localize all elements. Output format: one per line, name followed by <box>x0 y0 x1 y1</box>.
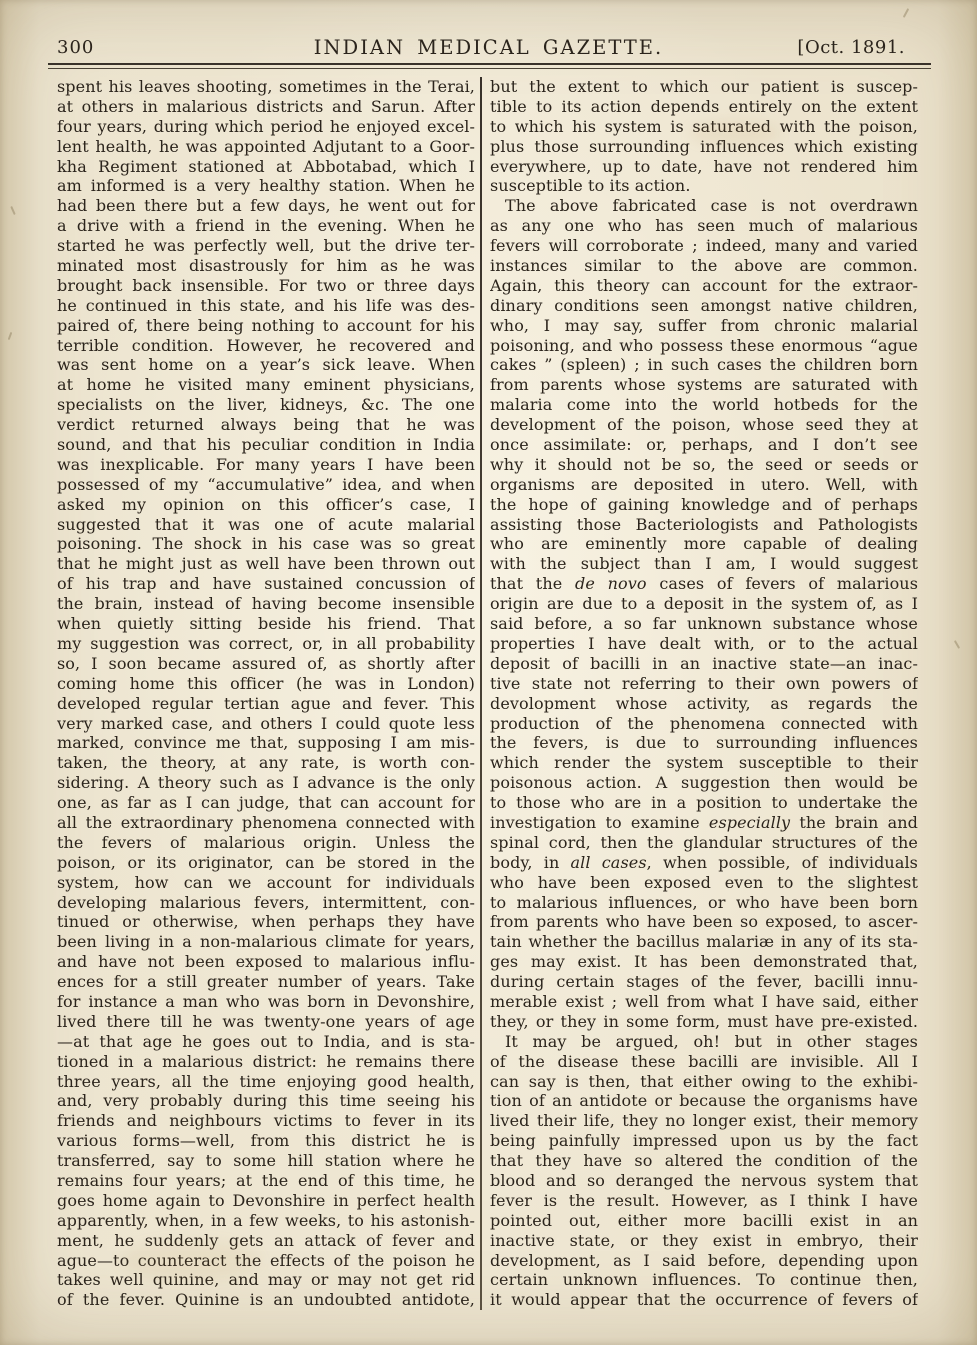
text-line: was sent home on a year’s sick leave. Wh… <box>57 355 475 375</box>
text-line: said before, a so far unknown substance … <box>490 614 918 634</box>
text-line: marked, convince me that, supposing I am… <box>57 733 475 753</box>
text-line: spinal cord, then the glandular structur… <box>490 833 918 853</box>
text-line: so, I soon became assured of, as shortly… <box>57 654 475 674</box>
left-text-column: spent his leaves shooting, sometimes in … <box>57 77 475 1310</box>
text-line: —at that age he goes out to India, and i… <box>57 1032 475 1052</box>
text-line: for instance a man who was born in Devon… <box>57 992 475 1012</box>
text-line: poison, or its originator, can be stored… <box>57 853 475 873</box>
text-line: three years, all the time enjoying good … <box>57 1072 475 1092</box>
text-line: lived their life, they no longer exist, … <box>490 1111 918 1131</box>
text-line: was inexplicable. For many years I have … <box>57 455 475 475</box>
text-line: properties I have dealt with, or to the … <box>490 634 918 654</box>
text-line: all the extraordinary phenomena connecte… <box>57 813 475 833</box>
text-line: of the fever. Quinine is an undoubted an… <box>57 1290 475 1310</box>
text-line: with the subject than I am, I would sugg… <box>490 554 918 574</box>
text-line: and, very probably during this time seei… <box>57 1091 475 1111</box>
text-line: the fevers of malarious origin. Unless t… <box>57 833 475 853</box>
text-line: system, how can we account for individua… <box>57 873 475 893</box>
text-line: origin are due to a deposit in the syste… <box>490 594 918 614</box>
text-line: various forms—well, from this district h… <box>57 1131 475 1151</box>
text-line: terrible condition. However, he recovere… <box>57 336 475 356</box>
text-line: of his trap and have sustained concussio… <box>57 574 475 594</box>
text-line: when quietly sitting beside his friend. … <box>57 614 475 634</box>
text-line: developed regular tertian ague and fever… <box>57 694 475 714</box>
text-line: investigation to examine especially the … <box>490 813 918 833</box>
text-line: who have been exposed even to the slight… <box>490 873 918 893</box>
text-line: cakes ” (spleen) ; in such cases the chi… <box>490 355 918 375</box>
text-line: ague—to counteract the effects of the po… <box>57 1251 475 1271</box>
text-line: verdict returned always being that he wa… <box>57 415 475 435</box>
text-line: the fevers, is due to surrounding influe… <box>490 733 918 753</box>
text-line: transferred, say to some hill station wh… <box>57 1151 475 1171</box>
text-line: he continued in this state, and his life… <box>57 296 475 316</box>
text-line: coming home this officer (he was in Lond… <box>57 674 475 694</box>
text-line: to those who are in a position to undert… <box>490 793 918 813</box>
text-line: production of the phenomena connected wi… <box>490 714 918 734</box>
text-line: tioned in a malarious district: he remai… <box>57 1052 475 1072</box>
text-line: the brain, instead of having become inse… <box>57 594 475 614</box>
text-line: suggested that it was one of acute malar… <box>57 515 475 535</box>
text-line: once assimilate: or, perhaps, and I don’… <box>490 435 918 455</box>
text-line: it would appear that the occurrence of f… <box>490 1290 918 1310</box>
text-line: poisoning, and who possess these enormou… <box>490 336 918 356</box>
text-line: from parents whose systems are saturated… <box>490 375 918 395</box>
text-line: minated most disastrously for him as he … <box>57 256 475 276</box>
text-line: plus those surrounding influences which … <box>490 137 918 157</box>
text-line: tain whether the bacillus malariæ in any… <box>490 932 918 952</box>
text-line: poisonous action. A suggestion then woul… <box>490 773 918 793</box>
text-line: organisms are deposited in utero. Well, … <box>490 475 918 495</box>
issue-date: [Oct. 1891. <box>797 37 905 58</box>
text-line: who are eminently more capable of dealin… <box>490 534 918 554</box>
text-line: they, or they in some form, must have pr… <box>490 1012 918 1032</box>
text-line: development of the poison, whose seed th… <box>490 415 918 435</box>
text-line: that they have so altered the condition … <box>490 1151 918 1171</box>
text-line: spent his leaves shooting, sometimes in … <box>57 77 475 97</box>
text-line: goes home again to Devonshire in perfect… <box>57 1191 475 1211</box>
text-line: had been there but a few days, he went o… <box>57 196 475 216</box>
text-line: friends and neighbours victims to fever … <box>57 1111 475 1131</box>
text-line: Again, this theory can account for the e… <box>490 276 918 296</box>
text-line: to which his system is saturated with th… <box>490 117 918 137</box>
text-line: sidering. A theory such as I advance is … <box>57 773 475 793</box>
text-line: blood and so deranged the nervous system… <box>490 1171 918 1191</box>
text-line: started he was perfectly well, but the d… <box>57 236 475 256</box>
text-line: ment, he suddenly gets an attack of feve… <box>57 1231 475 1251</box>
text-line: ges may exist. It has been demonstrated … <box>490 952 918 972</box>
text-line: assisting those Bacteriologists and Path… <box>490 515 918 535</box>
text-line: asked my opinion on this officer’s case,… <box>57 495 475 515</box>
text-line: the hope of gaining knowledge and of per… <box>490 495 918 515</box>
right-text-column: but the extent to which our patient is s… <box>490 77 918 1310</box>
text-line: specialists on the liver, kidneys, &c. T… <box>57 395 475 415</box>
text-line: dinary conditions seen amongst native ch… <box>490 296 918 316</box>
text-line: certain unknown influences. To continue … <box>490 1270 918 1290</box>
text-line: being painfully impressed upon us by the… <box>490 1131 918 1151</box>
text-line: devolopment whose activity, as regards t… <box>490 694 918 714</box>
text-line: fevers will corroborate ; indeed, many a… <box>490 236 918 256</box>
article-body: spent his leaves shooting, sometimes in … <box>57 77 918 1310</box>
text-line: to malarious influences, or who have bee… <box>490 893 918 913</box>
text-line: can say is then, that either owing to th… <box>490 1072 918 1092</box>
text-line: but the extent to which our patient is s… <box>490 77 918 97</box>
text-line: taken, the theory, at any rate, is worth… <box>57 753 475 773</box>
text-line: poisoning. The shock in his case was so … <box>57 534 475 554</box>
column-divider-rule <box>480 77 482 1310</box>
text-line: my suggestion was correct, or, in all pr… <box>57 634 475 654</box>
text-line: of the disease these bacilli are invisib… <box>490 1052 918 1072</box>
scanned-journal-page: 300 INDIAN MEDICAL GAZETTE. [Oct. 1891. … <box>0 0 977 1345</box>
text-line: at others in malarious districts and Sar… <box>57 97 475 117</box>
text-line: deposit of bacilli in an inactive state—… <box>490 654 918 674</box>
text-line: during certain stages of the fever, baci… <box>490 972 918 992</box>
text-line: instances similar to the above are commo… <box>490 256 918 276</box>
text-line: remains four years; at the end of this t… <box>57 1171 475 1191</box>
text-line: very marked case, and others I could quo… <box>57 714 475 734</box>
text-line: lived there till he was twenty-one years… <box>57 1012 475 1032</box>
text-line: possessed of my “accumulative” idea, and… <box>57 475 475 495</box>
text-line: at home he visited many eminent physicia… <box>57 375 475 395</box>
text-line: merable exist ; well from what I have sa… <box>490 992 918 1012</box>
text-line: pointed out, either more bacilli exist i… <box>490 1211 918 1231</box>
text-line: tinued or otherwise, when perhaps they h… <box>57 912 475 932</box>
scan-speck <box>8 332 13 340</box>
text-line: and have not been exposed to malarious i… <box>57 952 475 972</box>
text-line: apparently, when, in a few weeks, to his… <box>57 1211 475 1231</box>
text-line: a drive with a friend in the evening. Wh… <box>57 216 475 236</box>
page-header: 300 INDIAN MEDICAL GAZETTE. [Oct. 1891. <box>0 0 977 70</box>
text-line: been living in a non-malarious climate f… <box>57 932 475 952</box>
text-line: four years, during which period he enjoy… <box>57 117 475 137</box>
text-line: everywhere, up to date, have not rendere… <box>490 157 918 177</box>
text-line: brought back insensible. For two or thre… <box>57 276 475 296</box>
text-line: takes well quinine, and may or may not g… <box>57 1270 475 1290</box>
text-line: from parents who have been so exposed, t… <box>490 912 918 932</box>
text-line: kha Regiment stationed at Abbotabad, whi… <box>57 157 475 177</box>
text-line: that the de novo cases of fevers of mala… <box>490 574 918 594</box>
text-line: It may be argued, oh! but in other stage… <box>490 1032 918 1052</box>
text-line: sound, and that his peculiar condition i… <box>57 435 475 455</box>
text-line: tive state not referring to their own po… <box>490 674 918 694</box>
text-line: developing malarious fevers, intermitten… <box>57 893 475 913</box>
text-line: malaria come into the world hotbeds for … <box>490 395 918 415</box>
text-line: why it should not be so, the seed or see… <box>490 455 918 475</box>
text-line: as any one who has seen much of malariou… <box>490 216 918 236</box>
text-line: fever is the result. However, as I think… <box>490 1191 918 1211</box>
text-line: development, as I said before, depending… <box>490 1251 918 1271</box>
text-line: susceptible to its action. <box>490 176 918 196</box>
text-line: one, as far as I can judge, that can acc… <box>57 793 475 813</box>
header-double-rule <box>48 63 931 69</box>
text-line: The above fabricated case is not overdra… <box>490 196 918 216</box>
text-line: ences for a still greater number of year… <box>57 972 475 992</box>
text-line: body, in all cases, when possible, of in… <box>490 853 918 873</box>
text-line: that he might just as well have been thr… <box>57 554 475 574</box>
text-line: am informed is a very healthy station. W… <box>57 176 475 196</box>
text-line: tible to its action depends entirely on … <box>490 97 918 117</box>
scan-speck <box>10 206 15 215</box>
text-line: lent health, he was appointed Adjutant t… <box>57 137 475 157</box>
text-line: paired of, there being nothing to accoun… <box>57 316 475 336</box>
text-line: tion of an antidote or because the organ… <box>490 1091 918 1111</box>
text-line: inactive state, or they exist in embryo,… <box>490 1231 918 1251</box>
scan-speck <box>954 640 960 649</box>
text-line: who, I may say, suffer from chronic mala… <box>490 316 918 336</box>
text-line: which render the system susceptible to t… <box>490 753 918 773</box>
